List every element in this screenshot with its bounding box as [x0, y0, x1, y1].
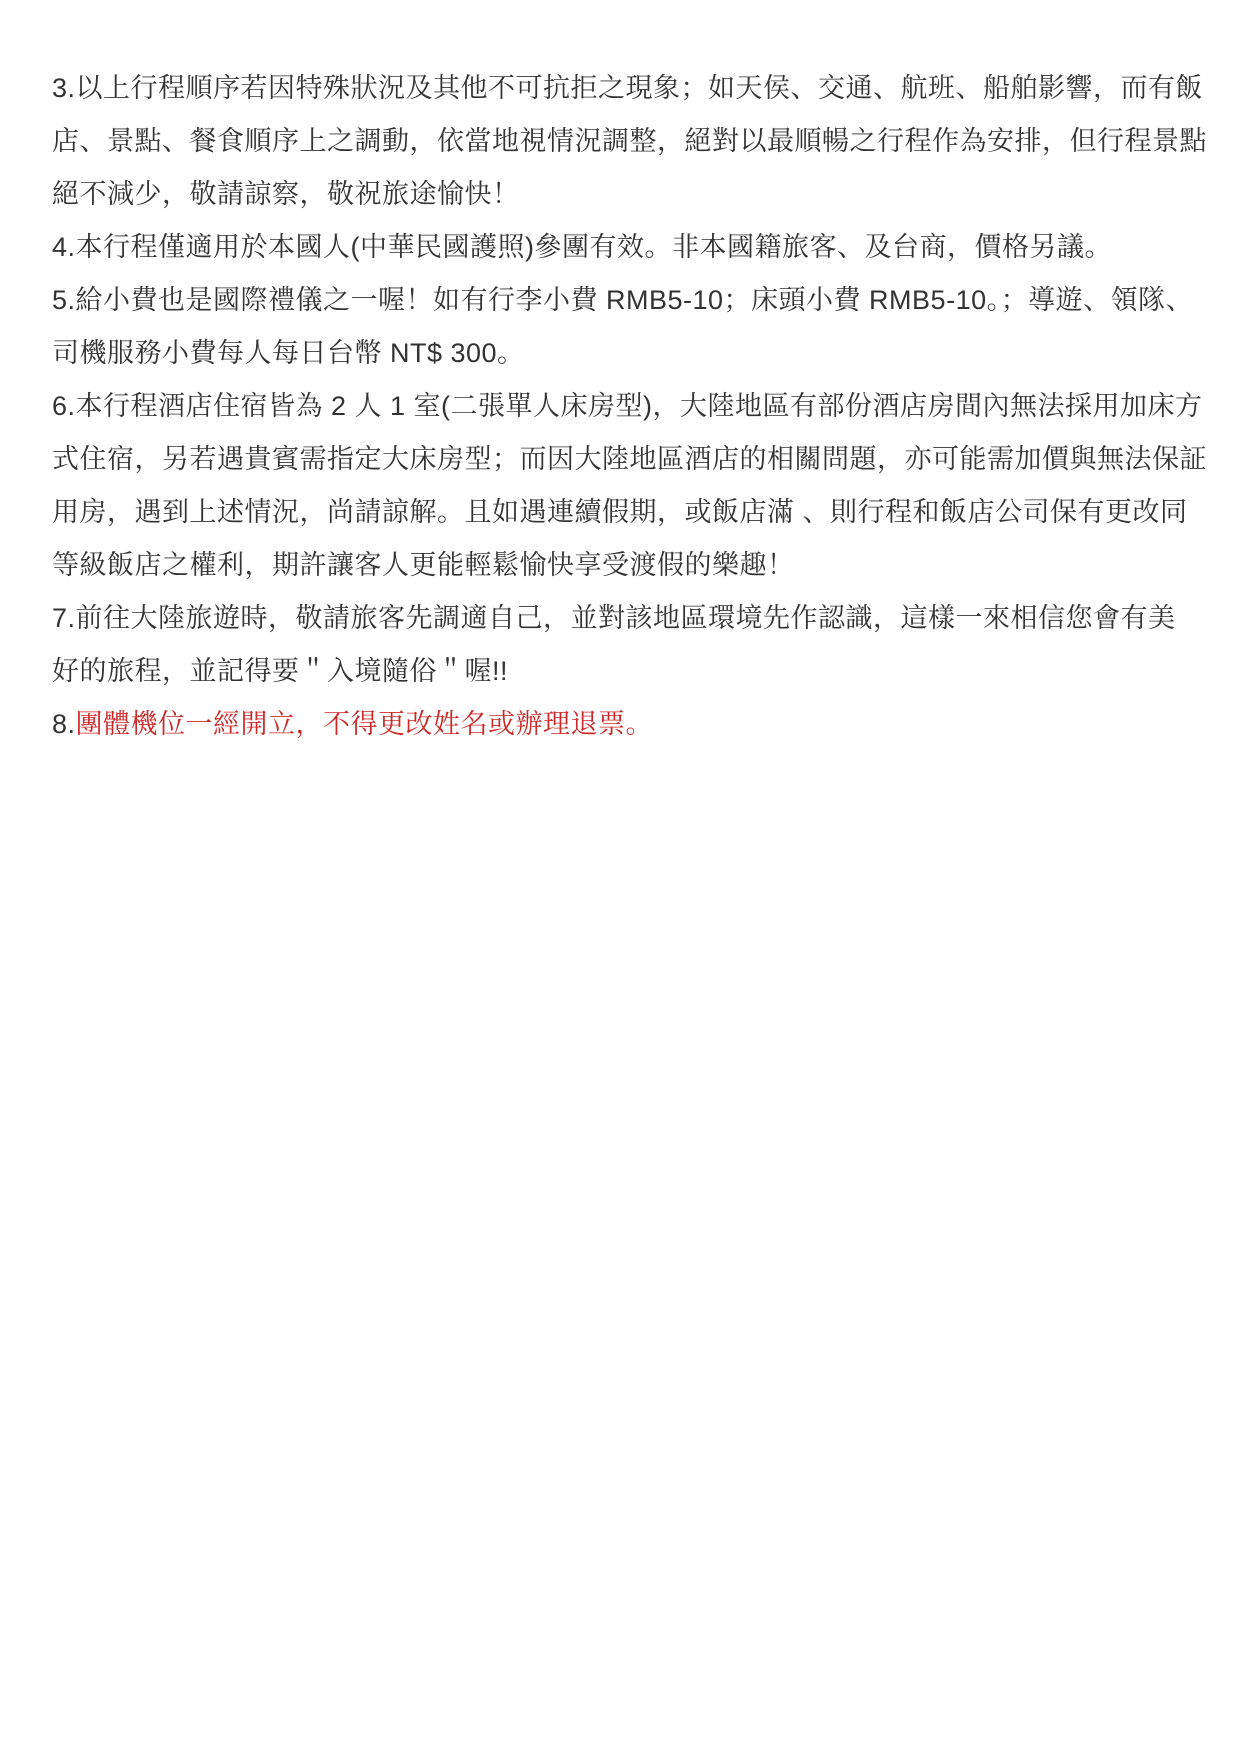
note-4-line-1: 4.本行程僅適用於本國人(中華民國護照)參團有效。非本國籍旅客、及台商，價格另議… [52, 221, 1202, 274]
note-7-line-2: 好的旅程，並記得要＂入境隨俗＂喔!! [52, 645, 1202, 698]
note-6-line-4: 等級飯店之權利，期許讓客人更能輕鬆愉快享受渡假的樂趣！ [52, 539, 1202, 592]
note-6-line-2: 式住宿，另若遇貴賓需指定大床房型；而因大陸地區酒店的相關問題，亦可能需加價與無法… [52, 433, 1202, 486]
note-6-line-1: 6.本行程酒店住宿皆為 2 人 1 室(二張單人床房型)，大陸地區有部份酒店房間… [52, 380, 1202, 433]
note-8-number: 8. [52, 709, 76, 739]
document-page: 3.以上行程順序若因特殊狀況及其他不可抗拒之現象；如天侯、交通、航班、船舶影響，… [0, 0, 1241, 1755]
note-5-line-2: 司機服務小費每人每日台幣 NT$ 300。 [52, 327, 1202, 380]
note-3-line-1: 3.以上行程順序若因特殊狀況及其他不可抗拒之現象；如天侯、交通、航班、船舶影響，… [52, 62, 1202, 115]
note-5-line-1: 5.給小費也是國際禮儀之一喔！如有行李小費 RMB5-10；床頭小費 RMB5-… [52, 274, 1202, 327]
note-3-line-3: 絕不減少，敬請諒察，敬祝旅途愉快！ [52, 168, 1202, 221]
note-6-line-3: 用房，遇到上述情況，尚請諒解。且如遇連續假期，或飯店滿 、則行程和飯店公司保有更… [52, 486, 1202, 539]
note-8-red-text: 團體機位一經開立，不得更改姓名或辦理退票。 [76, 709, 654, 739]
note-3-line-2: 店、景點、餐食順序上之調動，依當地視情況調整，絕對以最順暢之行程作為安排，但行程… [52, 115, 1202, 168]
note-8-line-1: 8.團體機位一經開立，不得更改姓名或辦理退票。 [52, 698, 1202, 751]
notes-block: 3.以上行程順序若因特殊狀況及其他不可抗拒之現象；如天侯、交通、航班、船舶影響，… [52, 62, 1202, 751]
note-7-line-1: 7.前往大陸旅遊時，敬請旅客先調適自己，並對該地區環境先作認識，這樣一來相信您會… [52, 592, 1202, 645]
